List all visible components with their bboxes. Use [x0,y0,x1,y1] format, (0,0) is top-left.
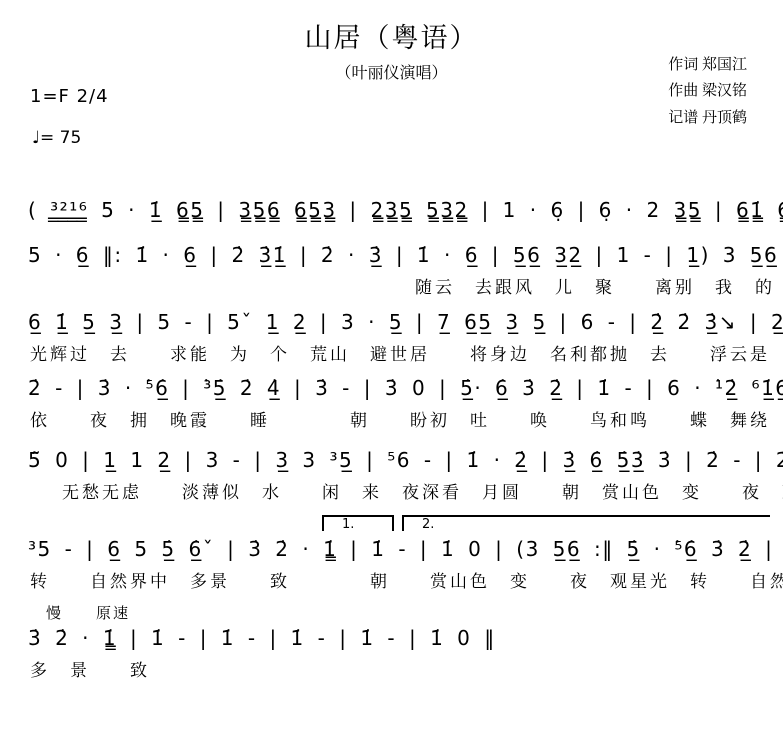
tempo-marking: ♩= 75 [32,128,81,148]
notation-line-7: 3̇ 2̇ · 1̳̇ | 1̇ - | 1̇ - | 1̇ - | 1̇ - … [28,626,773,650]
volta-1-label: 1. [342,517,354,532]
notation-line-5: 5̃ 0 | 1̲ 1 2̲ | 3 - | 3̲ 3 ³5̲ | ⁵6 - |… [28,448,773,472]
lyric-line-3: 光辉过 去 求能 为 个 荒山 避世居 将身边 名利都抛 去 浮云是 友 日月永 [30,340,783,365]
page-title: 山居（粤语） [0,16,783,55]
credit-composer: 作曲 梁汉铭 [668,78,747,104]
volta-2-label: 2. [422,517,434,532]
credits-block: 作词 郑国江 作曲 梁汉铭 记谱 丹顶鹤 [668,52,747,131]
notation-line-4: 2̇ - | 3̇ · ⁵̇6̲̇ | ³̇5̲̇ 2̇ 4̲̇ | 3̇ - … [28,376,773,400]
performer-subtitle: （叶丽仪演唱） [0,60,783,83]
notation-line-6: ³5 - | 6̲ 5 5̲̇ 6̲̇ˇ | 3̇ 2̇ · 1̳̇ | 1̇ … [28,537,773,561]
lyric-line-5: 无愁无虑 淡薄似 水 闲 来 夜深看 月圆 朝 赏山色 变 夜 观星光 [62,478,783,503]
lyric-line-6: 转 自然界中 多景 致 朝 赏山色 变 夜 观星光 转 自然界中 [30,567,783,592]
volta-2-bracket: 2. [402,515,770,531]
lyric-line-2: 随云 去跟风 儿 聚 离别 我 的 [415,273,775,298]
credit-transcriber: 记谱 丹顶鹤 [668,105,747,131]
tempo-mark-a-tempo: 原速 [96,602,130,623]
lyric-line-7: 多 景 致 [30,656,150,681]
key-signature: 1=F 2/4 [30,86,109,107]
sheet-music-page: 山居（粤语） （叶丽仪演唱） 作词 郑国江 作曲 梁汉铭 记谱 丹顶鹤 1=F … [0,0,783,740]
notation-line-2: 5 · 6̲ ‖: 1̇ · 6̲ | 2̇ 3̲̇1̲̇ | 2̇ · 3̲̇… [28,243,773,267]
lyric-line-4: 依 夜 拥 晚霞 睡 朝 盼初 吐 唤 鸟和鸣 蝶 舞绕 风 里 [30,406,783,431]
notation-line-1: ( ³̳²̳¹̳⁶̳ 5 · 1̲̇ 6̳5̳ | 3̳5̳6̳ 6̳5̳3̳ … [28,198,773,222]
tempo-mark-slow: 慢 [46,602,63,623]
volta-1-bracket: 1. [322,515,394,531]
credit-lyricist: 作词 郑国江 [668,52,747,78]
notation-line-3: 6̲ 1̲̇ 5̲ 3̲ | 5 - | 5ˇ 1̲ 2̲ | 3 · 5̲ |… [28,310,773,334]
